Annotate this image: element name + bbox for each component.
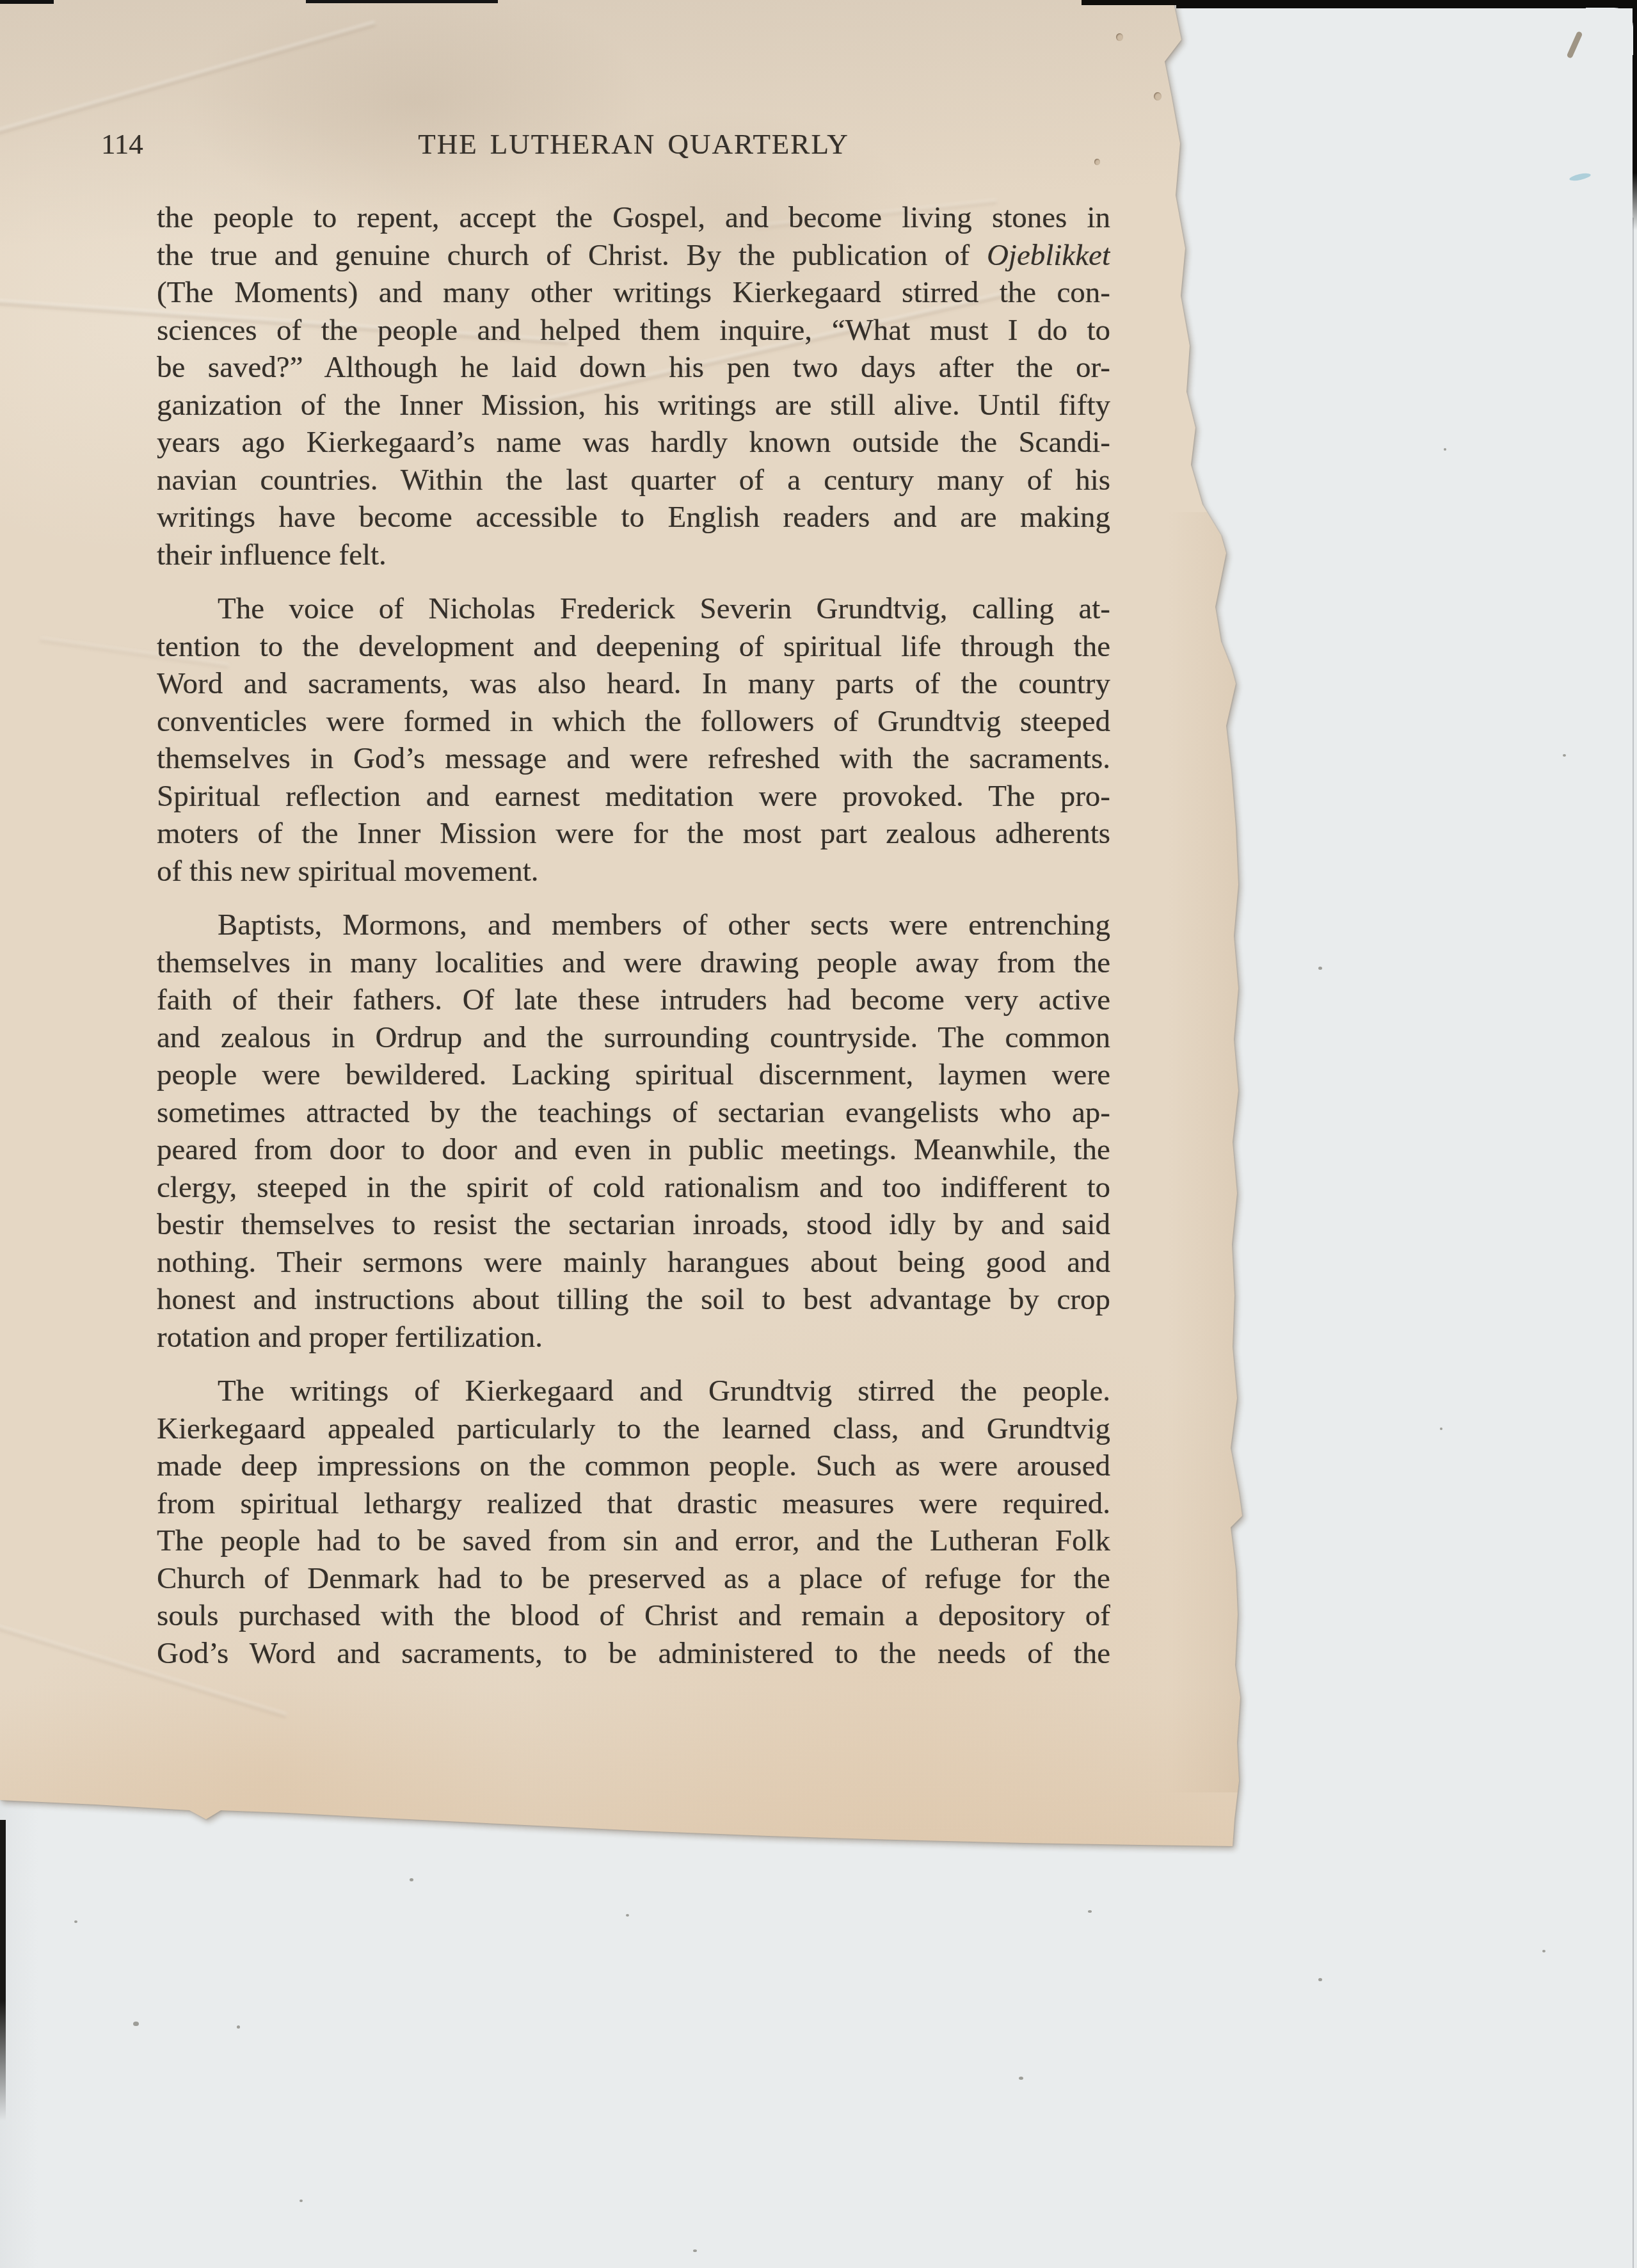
dust-speck [1444, 448, 1446, 451]
dust-speck [410, 1878, 413, 1881]
text-line: (The Moments) and many other writings Ki… [157, 274, 1110, 312]
text-line: God’s Word and sacraments, to be adminis… [157, 1635, 1110, 1673]
text-line: Church of Denmark had to be preserved as… [157, 1560, 1110, 1598]
dust-speck [1019, 2077, 1023, 2080]
page-wrap: 114 THE LUTHERAN QUARTERLY the people to… [0, 0, 1245, 1853]
text-line: from spiritual lethargy realized that dr… [157, 1485, 1110, 1523]
dust-speck [133, 2022, 139, 2026]
page-number: 114 [101, 127, 143, 161]
body-paragraph: the people to repent, accept the Gospel,… [157, 199, 1110, 574]
text-line: tention to the development and deepening… [157, 628, 1110, 666]
text-line: clergy, steeped in the spirit of cold ra… [157, 1169, 1110, 1207]
text-line: The writings of Kierkegaard and Grundtvi… [157, 1372, 1110, 1410]
dust-speck [299, 2200, 303, 2202]
text-line: years ago Kierkegaard’s name was hardly … [157, 424, 1110, 462]
text-line: and zealous in Ordrup and the surroundin… [157, 1019, 1110, 1057]
backing-sheet-corner [1586, 8, 1633, 55]
scanner-edge-top-mid [306, 0, 498, 3]
text-line: Baptists, Mormons, and members of other … [157, 906, 1110, 944]
text-line: Word and sacraments, was also heard. In … [157, 665, 1110, 703]
scanner-edge-top-right [1176, 0, 1637, 8]
text-line: of this new spiritual movement. [157, 853, 1110, 890]
dust-speck [237, 2025, 240, 2029]
text-line: made deep impressions on the common peop… [157, 1447, 1110, 1485]
text-line: sometimes attracted by the teachings of … [157, 1094, 1110, 1132]
text-block: the people to repent, accept the Gospel,… [157, 199, 1110, 1672]
dust-speck [626, 1914, 629, 1917]
dust-speck [1542, 1950, 1545, 1952]
torn-edge-shading [1168, 512, 1245, 1792]
text-line: nothing. Their sermons were mainly haran… [157, 1244, 1110, 1282]
text-line: souls purchased with the blood of Christ… [157, 1597, 1110, 1635]
text-line: Kierkegaard appealed particularly to the… [157, 1410, 1110, 1448]
text-line: The people had to be saved from sin and … [157, 1522, 1110, 1560]
body-paragraph: Baptists, Mormons, and members of other … [157, 906, 1110, 1356]
backing-sheet-edge-line [1633, 218, 1634, 2268]
scanner-edge-top-left [0, 0, 54, 4]
text-line: ganization of the Inner Mission, his wri… [157, 387, 1110, 424]
text-line: honest and instructions about tilling th… [157, 1281, 1110, 1319]
text-line: rotation and proper fertilization. [157, 1319, 1110, 1356]
dust-speck [1088, 1910, 1092, 1913]
body-paragraph: The writings of Kierkegaard and Grundtvi… [157, 1372, 1110, 1672]
text-line: sciences of the people and helped them i… [157, 312, 1110, 350]
dust-speck [693, 2249, 697, 2252]
text-line: writings have become accessible to Engli… [157, 499, 1110, 536]
paper-hole [1116, 33, 1123, 41]
text-line: the true and genuine church of Christ. B… [157, 237, 1110, 275]
text-line: their influence felt. [157, 536, 1110, 574]
dust-speck [74, 1920, 77, 1923]
text-line: peared from door to door and even in pub… [157, 1131, 1110, 1169]
scanned-page: 114 THE LUTHERAN QUARTERLY the people to… [0, 0, 1245, 1853]
text-line: the people to repent, accept the Gospel,… [157, 199, 1110, 237]
scanner-edge-top-right-thin [1082, 0, 1184, 5]
text-line: The voice of Nicholas Frederick Severin … [157, 590, 1110, 628]
scanner-edge-right [1633, 0, 1637, 230]
dust-speck [1440, 1428, 1442, 1430]
dust-speck [1318, 967, 1322, 970]
paper-hole [1154, 92, 1162, 101]
text-line: themselves in many localities and were d… [157, 944, 1110, 982]
text-line: Spiritual reflection and earnest meditat… [157, 778, 1110, 816]
scanner-edge-left-bottom [0, 1820, 6, 2121]
text-line: faith of their fathers. Of late these in… [157, 981, 1110, 1019]
crease-mark [0, 20, 377, 139]
text-line: conventicles were formed in which the fo… [157, 703, 1110, 741]
text-line: bestir themselves to resist the sectaria… [157, 1206, 1110, 1244]
dust-speck [1563, 754, 1566, 757]
dust-speck [1318, 1978, 1322, 1981]
text-line: be saved?” Although he laid down his pen… [157, 349, 1110, 387]
text-line: themselves in God’s message and were ref… [157, 740, 1110, 778]
body-paragraph: The voice of Nicholas Frederick Severin … [157, 590, 1110, 890]
text-line: navian countries. Within the last quarte… [157, 462, 1110, 499]
text-line: moters of the Inner Mission were for the… [157, 815, 1110, 853]
text-line: people were bewildered. Lacking spiritua… [157, 1056, 1110, 1094]
running-header: THE LUTHERAN QUARTERLY [157, 127, 1110, 161]
scan-root: 114 THE LUTHERAN QUARTERLY the people to… [0, 0, 1637, 2268]
